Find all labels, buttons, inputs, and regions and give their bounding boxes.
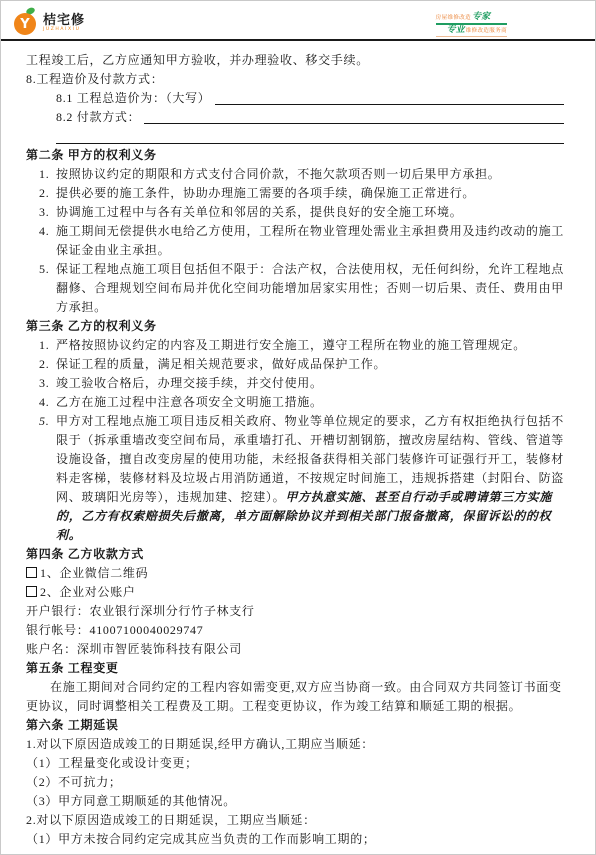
item-number: 1. — [39, 336, 49, 355]
account-name-row: 账户名：深圳市智匠装饰科技有限公司 — [26, 640, 564, 659]
slogan-big-text-1: 专家 — [472, 13, 490, 22]
section-2-item-3: 3. 协调施工过程中与各有关单位和邻居的关系，提供良好的安全施工环境。 — [26, 203, 564, 222]
section-2-item-5: 5. 保证工程地点施工项目包括但不限于：合法产权，合法使用权，无任何纠纷，允许工… — [26, 260, 564, 317]
slogan-small-text-1: 房屋维修改造 — [436, 15, 471, 22]
section-5-heading: 第五条 工程变更 — [26, 659, 564, 678]
item-text: 严格按照协议约定的内容及工期进行安全施工，遵守工程所在物业的施工管理规定。 — [56, 338, 526, 352]
item-text: 保证工程地点施工项目包括但不限于：合法产权，合法使用权，无任何纠纷，允许工程地点… — [56, 262, 564, 314]
brand-name: 桔宅修 — [43, 14, 85, 27]
bank-name-value: 农业银行深圳分行竹子林支行 — [90, 604, 255, 618]
item-number: 1. — [39, 165, 49, 184]
item-number: 4. — [39, 222, 49, 241]
section-2-item-4: 4. 施工期间无偿提供水电给乙方使用，工程所在物业管理处需业主承担费用及违约改动… — [26, 222, 564, 260]
total-price-blank-field — [215, 89, 564, 105]
brand-logo: Y 桔宅修 JUZHAIXIU — [14, 7, 85, 35]
item-number: 4. — [39, 393, 49, 412]
logo-glyph: Y — [14, 13, 36, 35]
section-6-clause-1-item-3: （3）甲方同意工期顺延的其他情况。 — [26, 792, 564, 811]
checkbox-corporate-account — [26, 586, 37, 597]
clause-8-title: 8.工程造价及付款方式： — [26, 70, 564, 89]
payment-method-blank-field — [144, 108, 564, 124]
payment-method-label: 8.2 付款方式： — [56, 108, 140, 127]
account-name-label: 账户名： — [26, 642, 77, 656]
slogan-badge: 房屋维修改造 专家 专业 维修改造服务商 — [436, 13, 507, 37]
payment-option-1: 1、企业微信二维码 — [26, 564, 564, 583]
contract-page: Y 桔宅修 JUZHAIXIU 房屋维修改造 专家 专业 维修改造服务商 工程竣… — [0, 0, 596, 855]
item-text: 保证工程的质量，满足相关规范要求，做好成品保护工作。 — [56, 357, 386, 371]
section-3-heading: 第三条 乙方的权利义务 — [26, 317, 564, 336]
bank-name-label: 开户银行： — [26, 604, 90, 618]
section-6-heading: 第六条 工期延误 — [26, 716, 564, 735]
slogan-big-text-2: 专业 — [447, 26, 465, 35]
item-number: 2. — [39, 355, 49, 374]
brand-subtitle: JUZHAIXIU — [43, 27, 85, 33]
section-6-clause-1-item-1: （1）工程量变化或设计变更； — [26, 754, 564, 773]
section-3-item-2: 2. 保证工程的质量，满足相关规范要求，做好成品保护工作。 — [26, 355, 564, 374]
item-text: 提供必要的施工条件，协助办理施工需要的各项手续，确保施工正常进行。 — [56, 186, 475, 200]
item-text: 乙方在施工过程中注意各项安全文明施工措施。 — [56, 395, 323, 409]
item-number: 2. — [39, 184, 49, 203]
section-3-item-4: 4. 乙方在施工过程中注意各项安全文明施工措施。 — [26, 393, 564, 412]
slogan-small-text-2: 维修改造服务商 — [466, 28, 507, 35]
item-text: 竣工验收合格后，办理交接手续，并交付使用。 — [56, 376, 323, 390]
section-6-clause-1-item-2: （2）不可抗力； — [26, 773, 564, 792]
logo-text: 桔宅修 JUZHAIXIU — [43, 14, 85, 35]
account-number-row: 银行帐号：41007100040029747 — [26, 621, 564, 640]
item-number: 3. — [39, 203, 49, 222]
account-number-label: 银行帐号： — [26, 623, 90, 637]
section-4-heading: 第四条 乙方收款方式 — [26, 545, 564, 564]
account-name-value: 深圳市智匠装饰科技有限公司 — [77, 642, 242, 656]
handover-clause: 工程竣工后，乙方应通知甲方验收，并办理验收、移交手续。 — [26, 51, 564, 70]
clause-8-1-row: 8.1 工程总造价为：（大写） — [56, 89, 564, 108]
section-3-item-1: 1. 严格按照协议约定的内容及工期进行安全施工，遵守工程所在物业的施工管理规定。 — [26, 336, 564, 355]
payment-option-2-label: 2、企业对公账户 — [40, 585, 136, 599]
checkbox-wechat-qr — [26, 567, 37, 578]
section-3-item-3: 3. 竣工验收合格后，办理交接手续，并交付使用。 — [26, 374, 564, 393]
item-number: 5. — [39, 260, 49, 279]
contract-body: 工程竣工后，乙方应通知甲方验收，并办理验收、移交手续。 8.工程造价及付款方式：… — [1, 41, 595, 849]
slogan-line-2: 专业 维修改造服务商 — [436, 26, 507, 37]
section-2-item-1: 1. 按照协议约定的期限和方式支付合同价款，不拖欠款项否则一切后果甲方承担。 — [26, 165, 564, 184]
section-5-body: 在施工期间对合同约定的工程内容如需变更,双方应当协商一致。由合同双方共同签订书面… — [26, 678, 564, 716]
item-text: 协调施工过程中与各有关单位和邻居的关系，提供良好的安全施工环境。 — [56, 205, 462, 219]
item-number: 5. — [39, 412, 49, 431]
section-6-clause-1: 1.对以下原因造成竣工的日期延误,经甲方确认,工期应当顺延： — [26, 735, 564, 754]
payment-option-1-label: 1、企业微信二维码 — [40, 566, 148, 580]
section-2-item-2: 2. 提供必要的施工条件，协助办理施工需要的各项手续，确保施工正常进行。 — [26, 184, 564, 203]
item-text: 施工期间无偿提供水电给乙方使用，工程所在物业管理处需业主承担费用及违约改动的施工… — [56, 224, 564, 257]
wrench-circle-logo-icon: Y — [14, 7, 40, 35]
section-6-clause-2-item-1: （1）甲方未按合同约定完成其应当负责的工作而影响工期的； — [26, 830, 564, 849]
section-6-clause-2: 2.对以下原因造成竣工的日期延误，工期应当顺延： — [26, 811, 564, 830]
slogan-line-1: 房屋维修改造 专家 — [436, 13, 507, 25]
section-2-heading: 第二条 甲方的权利义务 — [26, 146, 564, 165]
page-header: Y 桔宅修 JUZHAIXIU 房屋维修改造 专家 专业 维修改造服务商 — [1, 1, 595, 41]
total-price-label: 8.1 工程总造价为：（大写） — [56, 89, 211, 108]
section-3-item-5: 5. 甲方对工程地点施工项目违反相关政府、物业等单位规定的要求，乙方有权拒绝执行… — [26, 412, 564, 545]
item-text: 按照协议约定的期限和方式支付合同价款，不拖欠款项否则一切后果甲方承担。 — [56, 167, 501, 181]
payment-option-2: 2、企业对公账户 — [26, 583, 564, 602]
bank-name-row: 开户银行：农业银行深圳分行竹子林支行 — [26, 602, 564, 621]
account-number-value: 41007100040029747 — [90, 623, 204, 637]
continuation-blank-field — [56, 127, 564, 144]
item-number: 3. — [39, 374, 49, 393]
clause-8-2-row: 8.2 付款方式： — [56, 108, 564, 127]
